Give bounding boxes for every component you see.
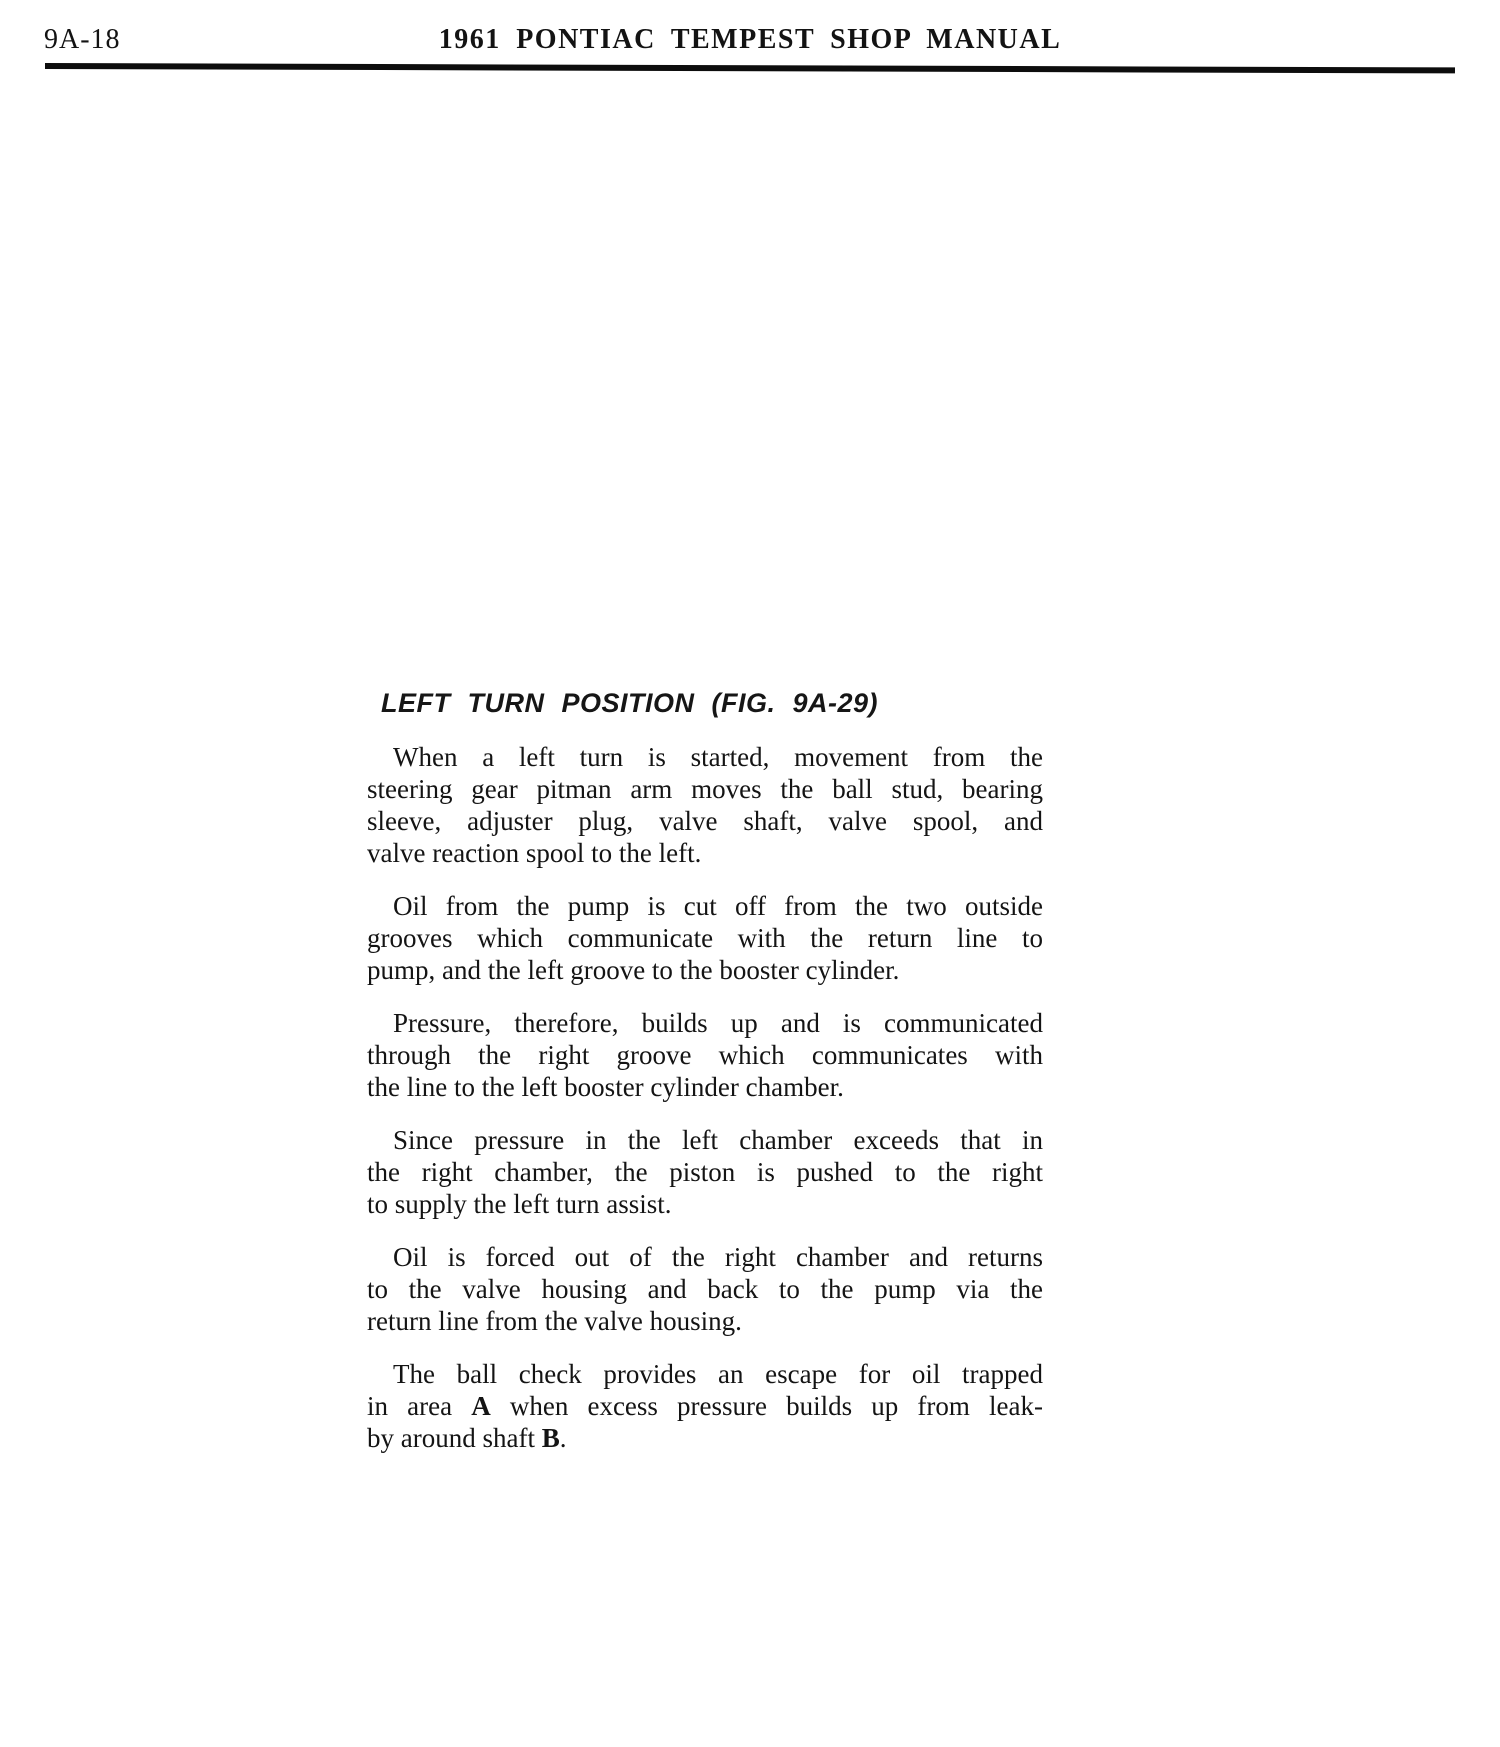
paragraph: When a left turn is started, movement fr… <box>367 741 1043 869</box>
text-line: in area A when excess pressure builds up… <box>367 1390 1043 1422</box>
text-line: The ball check provides an escape for oi… <box>367 1358 1043 1390</box>
text-line: the line to the left booster cylinder ch… <box>367 1071 1043 1103</box>
callout-letter: B <box>542 1423 560 1453</box>
text-line: by around shaft B. <box>367 1422 1043 1454</box>
text-line: to supply the left turn assist. <box>367 1188 1043 1220</box>
text-line: to the valve housing and back to the pum… <box>367 1273 1043 1305</box>
text-line: Oil from the pump is cut off from the tw… <box>367 890 1043 922</box>
text-segment: by around shaft <box>367 1423 542 1453</box>
paragraph: Since pressure in the left chamber excee… <box>367 1124 1043 1220</box>
paragraph: Pressure, therefore, builds up and is co… <box>367 1007 1043 1103</box>
text-line: the right chamber, the piston is pushed … <box>367 1156 1043 1188</box>
text-line: Oil is forced out of the right chamber a… <box>367 1241 1043 1273</box>
header-title: 1961 PONTIAC TEMPEST SHOP MANUAL <box>0 24 1500 56</box>
text-segment: . <box>560 1423 567 1453</box>
text-line: return line from the valve housing. <box>367 1305 1043 1337</box>
manual-page: 9A-18 1961 PONTIAC TEMPEST SHOP MANUAL L… <box>0 0 1500 1747</box>
callout-letter: A <box>471 1391 491 1421</box>
text-line: grooves which communicate with the retur… <box>367 922 1043 954</box>
section-paragraphs: When a left turn is started, movement fr… <box>367 741 1043 1454</box>
text-line: When a left turn is started, movement fr… <box>367 741 1043 773</box>
text-line: Pressure, therefore, builds up and is co… <box>367 1007 1043 1039</box>
text-segment: in area <box>367 1391 471 1421</box>
text-line: steering gear pitman arm moves the ball … <box>367 773 1043 805</box>
text-line: sleeve, adjuster plug, valve shaft, valv… <box>367 805 1043 837</box>
text-line: pump, and the left groove to the booster… <box>367 954 1043 986</box>
text-line: through the right groove which communica… <box>367 1039 1043 1071</box>
text-column: LEFT TURN POSITION (FIG. 9A-29) When a l… <box>367 688 1043 1475</box>
text-line: valve reaction spool to the left. <box>367 837 1043 869</box>
paragraph: The ball check provides an escape for oi… <box>367 1358 1043 1454</box>
paragraph: Oil is forced out of the right chamber a… <box>367 1241 1043 1337</box>
paragraph: Oil from the pump is cut off from the tw… <box>367 890 1043 986</box>
header-rule <box>45 63 1455 73</box>
text-segment: when excess pressure builds up from leak… <box>491 1391 1043 1421</box>
text-line: Since pressure in the left chamber excee… <box>367 1124 1043 1156</box>
section-heading: LEFT TURN POSITION (FIG. 9A-29) <box>381 688 1043 719</box>
